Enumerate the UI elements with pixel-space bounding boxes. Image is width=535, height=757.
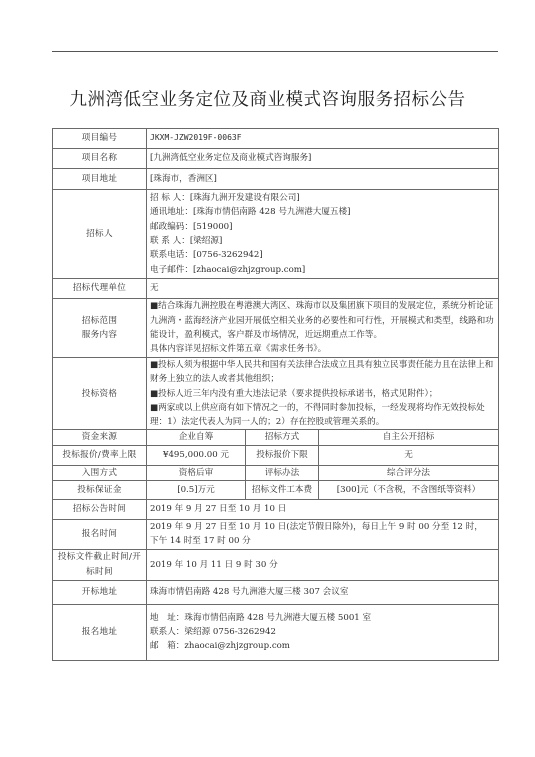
value-register-address: 地 址：珠海市情侣南路 428 号九洲港大厦五楼 5001 室 联系人：梁绍源 … [147,604,499,660]
label-scope-line1: 招标范围 [56,314,143,328]
top-rule [52,51,498,52]
register-address-line: 地 址：珠海市情侣南路 428 号九洲港大厦五楼 5001 室 [150,611,495,625]
label-deadline-line2: 标时间 [56,565,143,579]
value-tenderer: 招 标 人：[珠海九洲开发建设有限公司] 通讯地址：[珠海市情侣南路 428 号… [147,190,499,279]
label-price-cap: 投标报价/费率上限 [53,445,147,465]
value-scope: ■结合珠海九洲控股在粤港澳大湾区、珠海市以及集团旗下项目的发展定位，系统分析论证… [147,299,499,358]
document-title: 九洲湾低空业务定位及商业模式咨询服务招标公告 [0,86,535,111]
value-announce-time: 2019 年 9 月 27 日至 10 月 10 日 [147,500,499,520]
label-tenderer: 招标人 [53,190,147,279]
value-project-name: [九洲湾低空业务定位及商业模式咨询服务] [147,149,499,169]
row-register-time: 报名时间 2019 年 9 月 27 日至 10 月 10 日(法定节假日除外)… [53,520,499,550]
label-register-address: 报名地址 [53,604,147,660]
tenderer-postcode: 邮政编码：[519000] [150,220,495,234]
value-deposit: [0.5]万元 [147,481,246,500]
row-register-address: 报名地址 地 址：珠海市情侣南路 428 号九洲港大厦五楼 5001 室 联系人… [53,604,499,660]
label-announce-time: 招标公告时间 [53,500,147,520]
register-time-line2: 下午 14 时至 17 时 00 分 [150,534,495,548]
row-project-name: 项目名称 [九洲湾低空业务定位及商业模式咨询服务] [53,149,499,169]
label-project-name: 项目名称 [53,149,147,169]
label-scope-line2: 服务内容 [56,328,143,342]
value-register-time: 2019 年 9 月 27 日至 10 月 10 日(法定节假日除外)，每日上午… [147,520,499,550]
label-scope: 招标范围 服务内容 [53,299,147,358]
qualification-item-3: ■两家或以上供应商有如下情况之一的，不得同时参加投标，一经发现将均作无效投标处理… [150,401,495,430]
row-funding: 资金来源 企业自筹 招标方式 自主公开招标 [53,430,499,445]
row-deadline: 投标文件截止时间/开 标时间 2019 年 10 月 11 日 9 时 30 分 [53,549,499,580]
label-tender-method: 招标方式 [246,430,319,445]
register-contact-line: 联系人：梁绍源 0756-3262942 [150,625,495,639]
label-deadline: 投标文件截止时间/开 标时间 [53,549,147,580]
row-price: 投标报价/费率上限 ¥495,000.00 元 投标报价下限 无 [53,445,499,465]
register-time-line1: 2019 年 9 月 27 日至 10 月 10 日(法定节假日除外)，每日上午… [150,520,495,534]
label-shortlist: 入围方式 [53,465,147,480]
label-deadline-line1: 投标文件截止时间/开 [56,550,143,564]
tender-info-table: 项目编号 JKXM-JZW2019F-0063F 项目名称 [九洲湾低空业务定位… [52,128,499,661]
row-announce-time: 招标公告时间 2019 年 9 月 27 日至 10 月 10 日 [53,500,499,520]
row-scope: 招标范围 服务内容 ■结合珠海九洲控股在粤港澳大湾区、珠海市以及集团旗下项目的发… [53,299,499,358]
row-qualification: 投标资格 ■投标人须为根据中华人民共和国有关法律合法成立且具有独立民事责任能力且… [53,358,499,430]
tenderer-phone: 联系电话：[0756-3262942] [150,248,495,262]
label-project-no: 项目编号 [53,129,147,149]
label-opening-address: 开标地址 [53,580,147,604]
value-project-no: JKXM-JZW2019F-0063F [147,129,499,149]
value-deadline: 2019 年 10 月 11 日 9 时 30 分 [147,549,499,580]
tenderer-address: 通讯地址：[珠海市情侣南路 428 号九洲港大厦五楼] [150,205,495,219]
value-evaluation: 综合评分法 [319,465,499,480]
label-qualification: 投标资格 [53,358,147,430]
row-project-address: 项目地址 [珠海市，香洲区] [53,169,499,190]
row-deposit: 投标保证金 [0.5]万元 招标文件工本费 [300]元（不含税，不含图纸等资料… [53,481,499,500]
value-shortlist: 资格后审 [147,465,246,480]
value-price-floor: 无 [319,445,499,465]
label-evaluation: 评标办法 [246,465,319,480]
label-project-address: 项目地址 [53,169,147,190]
value-agency: 无 [147,279,499,299]
value-qualification: ■投标人须为根据中华人民共和国有关法律合法成立且具有独立民事责任能力且在法律上和… [147,358,499,430]
row-project-no: 项目编号 JKXM-JZW2019F-0063F [53,129,499,149]
label-funding: 资金来源 [53,430,147,445]
row-opening-address: 开标地址 珠海市情侣南路 428 号九洲港大厦三楼 307 会议室 [53,580,499,604]
register-email-line: 邮 箱：zhaocai@zhjzgroup.com [150,639,495,653]
row-tenderer: 招标人 招 标 人：[珠海九洲开发建设有限公司] 通讯地址：[珠海市情侣南路 4… [53,190,499,279]
tenderer-contact: 联 系 人：[梁绍源] [150,234,495,248]
scope-text: ■结合珠海九洲控股在粤港澳大湾区、珠海市以及集团旗下项目的发展定位，系统分析论证… [150,301,494,340]
tenderer-name: 招 标 人：[珠海九洲开发建设有限公司] [150,191,495,205]
row-agency: 招标代理单位 无 [53,279,499,299]
value-tender-method: 自主公开招标 [319,430,499,445]
value-opening-address: 珠海市情侣南路 428 号九洲港大厦三楼 307 会议室 [147,580,499,604]
qualification-item-2: ■投标人近三年内没有重大违法记录（要求提供投标承诺书，格式见附件）； [150,387,495,401]
scope-note: 具体内容详见招标文件第五章《需求任务书》。 [150,344,326,354]
row-shortlist: 入围方式 资格后审 评标办法 综合评分法 [53,465,499,480]
label-agency: 招标代理单位 [53,279,147,299]
label-price-floor: 投标报价下限 [246,445,319,465]
qualification-item-1: ■投标人须为根据中华人民共和国有关法律合法成立且具有独立民事责任能力且在法律上和… [150,358,495,387]
value-project-address: [珠海市，香洲区] [147,169,499,190]
label-register-time: 报名时间 [53,520,147,550]
tenderer-email: 电子邮件：[zhaocai@zhjzgroup.com] [150,263,495,277]
value-doc-fee: [300]元（不含税，不含图纸等资料） [319,481,499,500]
label-deposit: 投标保证金 [53,481,147,500]
label-doc-fee: 招标文件工本费 [246,481,319,500]
value-price-cap: ¥495,000.00 元 [147,445,246,465]
value-funding: 企业自筹 [147,430,246,445]
